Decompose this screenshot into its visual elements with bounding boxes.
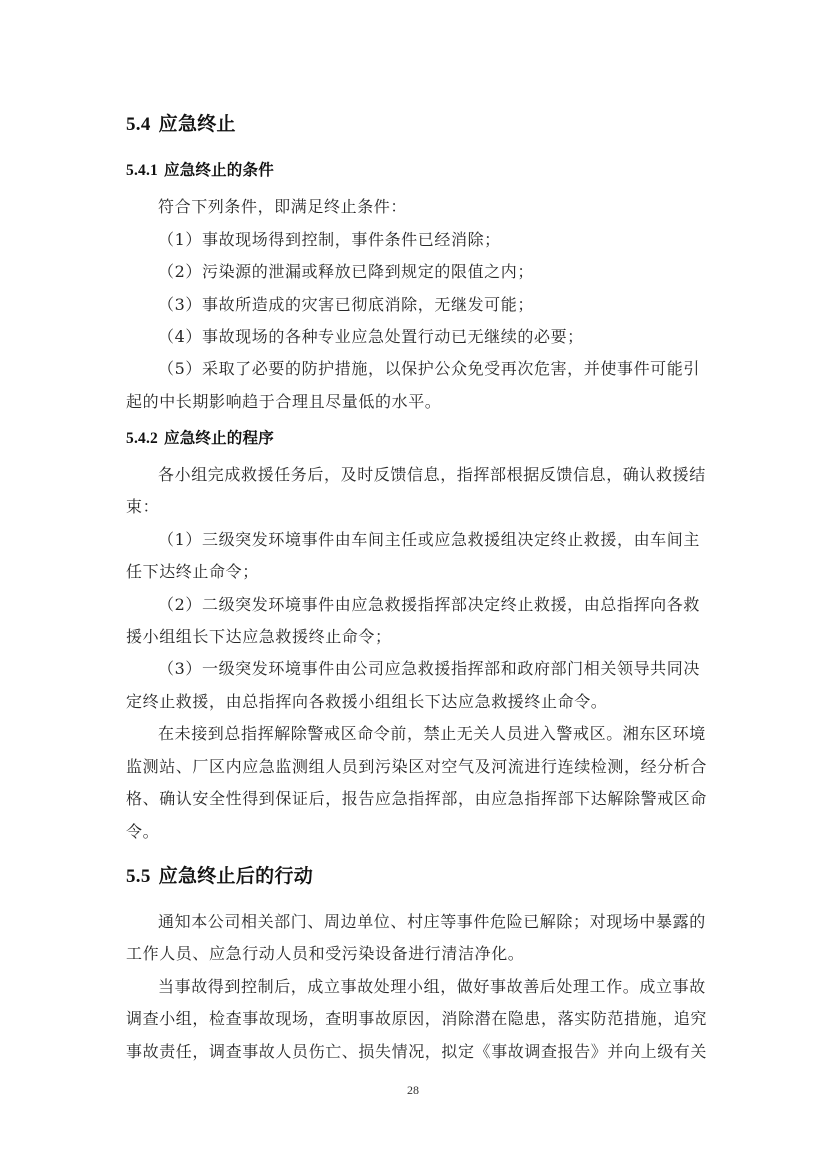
subsection-number: 5.4.2 [126,430,158,447]
condition-item-3: （3）事故所造成的灾害已彻底消除，无继发可能； [158,295,534,315]
paragraph-line: 束： [126,497,159,517]
section-number: 5.4 [126,114,151,135]
section-number: 5.5 [126,866,151,887]
section-title: 应急终止 [159,113,236,135]
subsection-heading-5-4-2: 5.4.2应急终止的程序 [126,428,274,449]
procedure-item-2: （2）二级突发环境事件由应急救援指挥部决定终止救援，由总指挥向各救 [158,595,700,615]
paragraph-line: 令。 [126,822,159,842]
paragraph-line: 通知本公司相关部门、周边单位、村庄等事件危险已解除；对现场中暴露的 [158,912,706,932]
paragraph-line: 符合下列条件，即满足终止条件： [158,197,407,217]
paragraph-line: 监测站、厂区内应急监测组人员到污染区对空气及河流进行连续检测，经分析合 [126,757,707,777]
paragraph-line: 各小组完成救援任务后，及时反馈信息，指挥部根据反馈信息，确认救援结 [158,465,706,485]
section-title: 应急终止后的行动 [159,865,313,887]
paragraph-line: 在未接到总指挥解除警戒区命令前，禁止无关人员进入警戒区。湘东区环境 [158,724,706,744]
paragraph-line: 事故责任，调查事故人员伤亡、损失情况，拟定《事故调查报告》并向上级有关 [126,1042,707,1062]
paragraph-line: 援小组组长下达应急救援终止命令； [126,627,392,647]
subsection-number: 5.4.1 [126,162,158,179]
subsection-title: 应急终止的程序 [164,428,274,447]
paragraph-line: 调查小组，检查事故现场，查明事故原因，消除潜在隐患，落实防范措施，追究 [126,1009,707,1029]
procedure-item-1: （1）三级突发环境事件由车间主任或应急救援组决定终止救援，由车间主 [158,530,700,550]
paragraph-line: 格、确认安全性得到保证后，报告应急指挥部，由应急指挥部下达解除警戒区命 [126,789,707,809]
condition-item-2: （2）污染源的泄漏或释放已降到规定的限值之内； [158,262,534,282]
paragraph-line: 工作人员、应急行动人员和受污染设备进行清洁净化。 [126,944,524,964]
condition-item-1: （1）事故现场得到控制，事件条件已经消除； [158,230,501,250]
page-number: 28 [0,1083,826,1098]
section-heading-5-5: 5.5应急终止后的行动 [126,866,313,887]
document-page: 5.4应急终止 5.4.1应急终止的条件 符合下列条件，即满足终止条件： （1）… [0,0,826,1169]
paragraph-line: 任下达终止命令； [126,562,259,582]
paragraph-line: 起的中长期影响趋于合理且尽量低的水平。 [126,392,441,412]
procedure-item-3: （3）一级突发环境事件由公司应急救援指挥部和政府部门相关领导共同决 [158,659,700,679]
subsection-title: 应急终止的条件 [164,160,274,179]
condition-item-4: （4）事故现场的各种专业应急处置行动已无继续的必要； [158,327,584,347]
subsection-heading-5-4-1: 5.4.1应急终止的条件 [126,160,274,181]
condition-item-5: （5）采取了必要的防护措施，以保护公众免受再次危害，并使事件可能引 [158,359,700,379]
section-heading-5-4: 5.4应急终止 [126,114,236,135]
paragraph-line: 定终止救援，由总指挥向各救援小组组长下达应急救援终止命令。 [126,692,607,712]
paragraph-line: 当事故得到控制后，成立事故处理小组，做好事故善后处理工作。成立事故 [158,977,706,997]
